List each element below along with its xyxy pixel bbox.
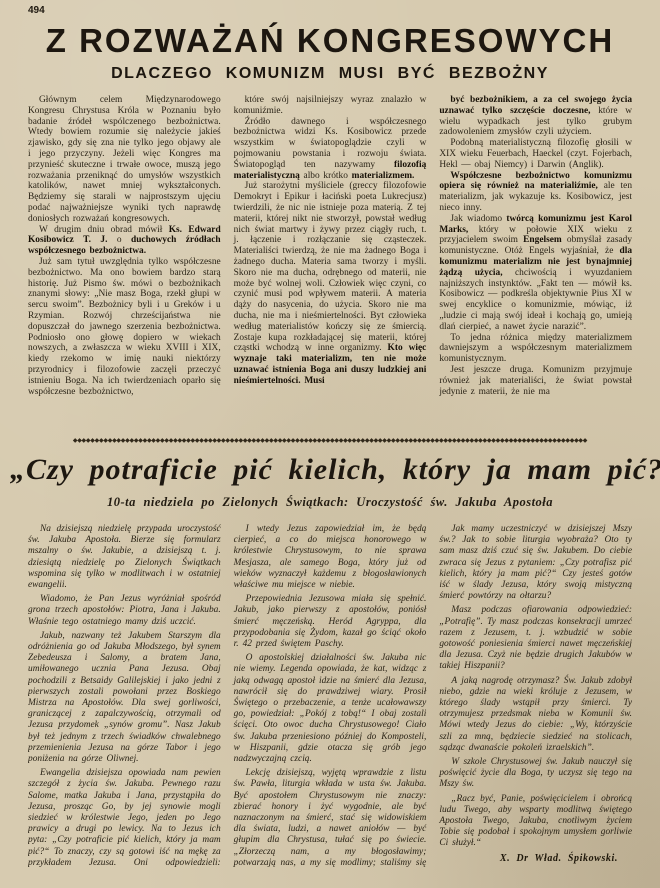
diamond-chain-divider: ◆◆◆◆◆◆◆◆◆◆◆◆◆◆◆◆◆◆◆◆◆◆◆◆◆◆◆◆◆◆◆◆◆◆◆◆◆◆◆◆…: [26, 437, 634, 445]
article-2-title: „Czy potraficie pić kielich, który ja ma…: [10, 454, 650, 486]
article-1-column-3: być bezbożnikiem, a za cel swojego życia…: [439, 95, 632, 435]
article-2: „Czy potraficie pić kielich, który ja ma…: [0, 454, 660, 869]
article-2-column-3: Jak mamy uczestniczyć w dzisiejszej Mszy…: [439, 524, 632, 869]
article-2-subtitle: 10-ta niedziela po Zielonych Świątkach: …: [20, 495, 640, 510]
article-1: Z ROZWAŻAŃ KONGRESOWYCH DLACZEGO KOMUNIZ…: [0, 24, 660, 435]
scanned-magazine-page: 494 Z ROZWAŻAŃ KONGRESOWYCH DLACZEGO KOM…: [0, 0, 660, 888]
article-2-columns: Na dzisiejszą niedzielę przypada uroczys…: [28, 524, 632, 869]
page-number: 494: [28, 5, 45, 16]
article-1-title: Z ROZWAŻAŃ KONGRESOWYCH: [20, 24, 640, 58]
article-2-column-1: Na dzisiejszą niedzielę przypada uroczys…: [28, 524, 221, 869]
article-1-subtitle: DLACZEGO KOMUNIZM MUSI BYĆ BEZBOŻNY: [20, 65, 640, 83]
article-2-column-3-text: Jak mamy uczestniczyć w dzisiejszej Mszy…: [439, 524, 632, 850]
article-1-columns: Głównym celem Międzynarodowego Kongresu …: [28, 95, 632, 435]
article-1-column-1: Głównym celem Międzynarodowego Kongresu …: [28, 95, 221, 435]
author-byline: X. Dr Wład. Śpikowski.: [439, 853, 632, 864]
article-2-column-2: I wtedy Jezus zapowiedział im, że będą c…: [234, 524, 427, 869]
article-1-column-2: które swój najsilniejszy wyraz znalazło …: [234, 95, 427, 435]
